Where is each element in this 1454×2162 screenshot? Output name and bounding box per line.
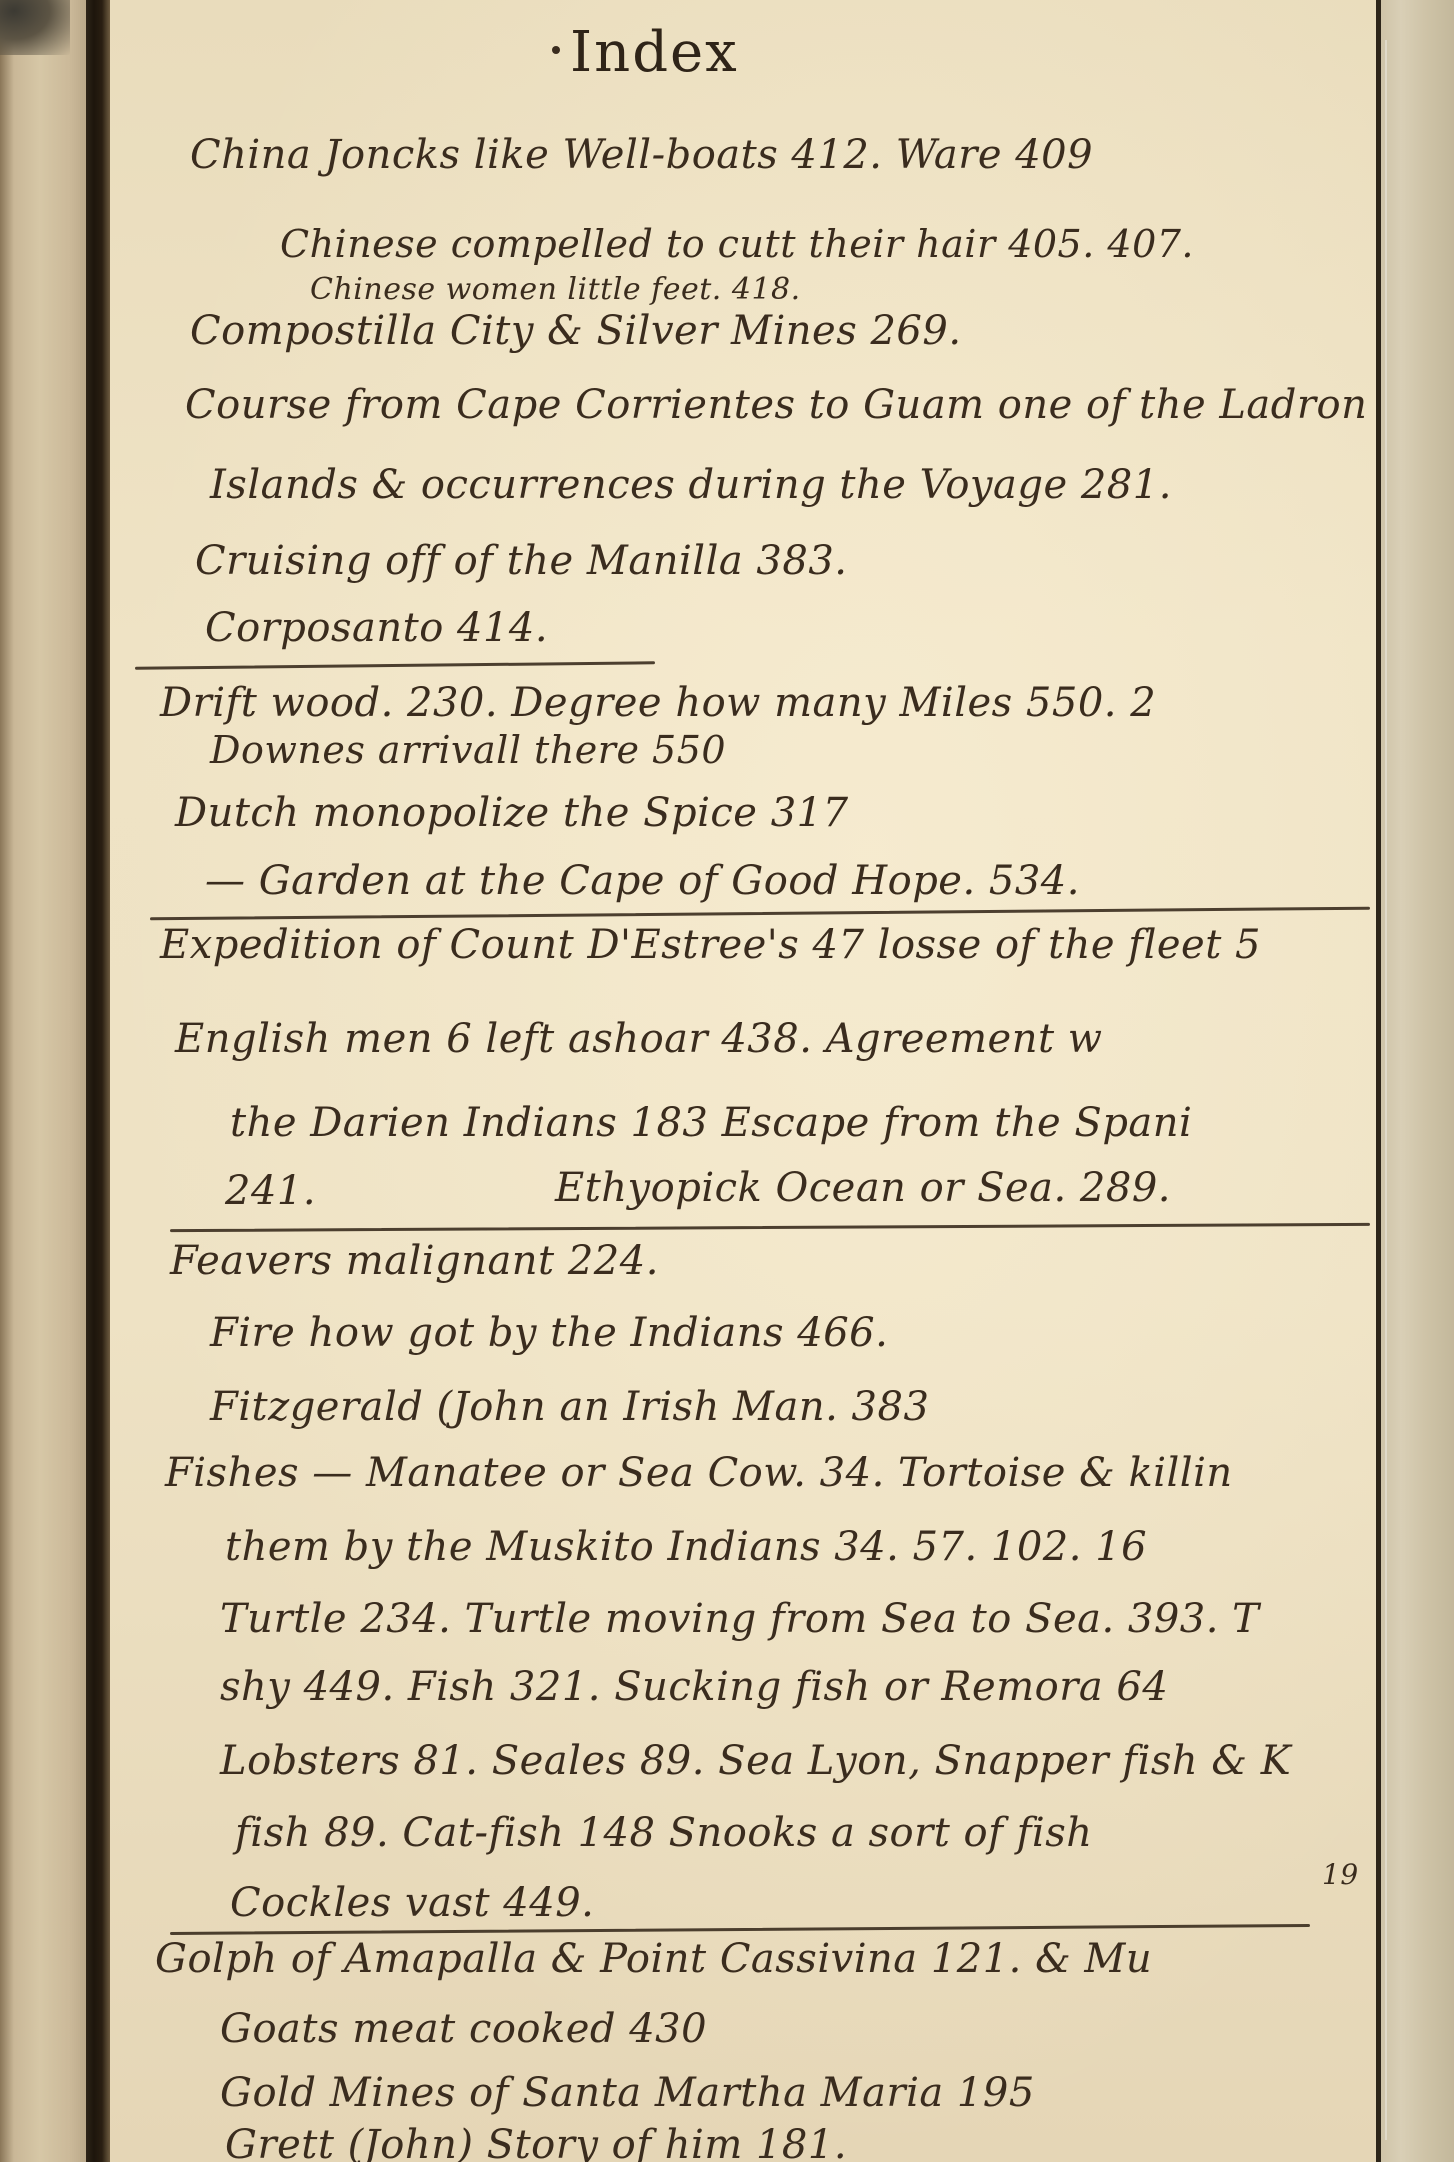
index-entry: Grett (John) Story of him 181. [225, 2122, 847, 2162]
index-entry: the Darien Indians 183 Escape from the S… [230, 1100, 1192, 1146]
index-entry: Fishes — Manatee or Sea Cow. 34. Tortois… [165, 1450, 1233, 1496]
index-entry: Fitzgerald (John an Irish Man. 383 [210, 1384, 929, 1430]
index-entry: Gold Mines of Santa Martha Maria 195 [220, 2070, 1035, 2116]
index-entry: them by the Muskito Indians 34. 57. 102.… [225, 1524, 1147, 1570]
index-entry: Lobsters 81. Seales 89. Sea Lyon, Snappe… [220, 1738, 1291, 1784]
index-entry: fish 89. Cat-fish 148 Snooks a sort of f… [235, 1810, 1093, 1856]
index-entry: Golph of Amapalla & Point Cassivina 121.… [155, 1936, 1152, 1982]
book-binding-left [0, 0, 88, 2162]
margin-note: 19 [1322, 1858, 1359, 1891]
page-fold-highlight [1385, 40, 1387, 2140]
index-entry: China Joncks like Well-boats 412. Ware 4… [190, 132, 1093, 178]
index-entry: Ethyopick Ocean or Sea. 289. [555, 1165, 1171, 1211]
page-title: Index [570, 20, 739, 85]
index-entry: Islands & occurrences during the Voyage … [210, 462, 1172, 508]
index-entry: Expedition of Count D'Estree's 47 losse … [160, 922, 1261, 968]
index-entry: English men 6 left ashoar 438. Agreement… [175, 1016, 1102, 1062]
book-gutter [86, 0, 110, 2162]
index-entry: Chinese women little feet. 418. [310, 272, 801, 307]
index-entry: Downes arrivall there 550 [210, 728, 726, 772]
index-entry: shy 449. Fish 321. Sucking fish or Remor… [220, 1664, 1168, 1710]
index-entry: Course from Cape Corrientes to Guam one … [185, 382, 1367, 428]
index-entry: — Garden at the Cape of Good Hope. 534. [205, 858, 1080, 904]
index-entry: Fire how got by the Indians 466. [210, 1310, 888, 1356]
page-stack-right [1381, 0, 1454, 2162]
index-entry: 241. [225, 1168, 316, 1214]
index-entry: Corposanto 414. [205, 605, 548, 651]
index-entry: Dutch monopolize the Spice 317 [175, 790, 849, 836]
index-entry: Drift wood. 230. Degree how many Miles 5… [160, 680, 1156, 726]
binding-stain [0, 0, 70, 55]
title-dot [552, 46, 560, 54]
index-entry: Compostilla City & Silver Mines 269. [190, 308, 962, 354]
index-entry: Cockles vast 449. [230, 1880, 594, 1926]
index-entry: Feavers malignant 224. [170, 1238, 659, 1284]
index-entry: Goats meat cooked 430 [220, 2006, 707, 2052]
index-entry: Chinese compelled to cutt their hair 405… [280, 222, 1194, 266]
index-entry: Cruising off of the Manilla 383. [195, 538, 847, 584]
index-entry: Turtle 234. Turtle moving from Sea to Se… [220, 1596, 1259, 1642]
